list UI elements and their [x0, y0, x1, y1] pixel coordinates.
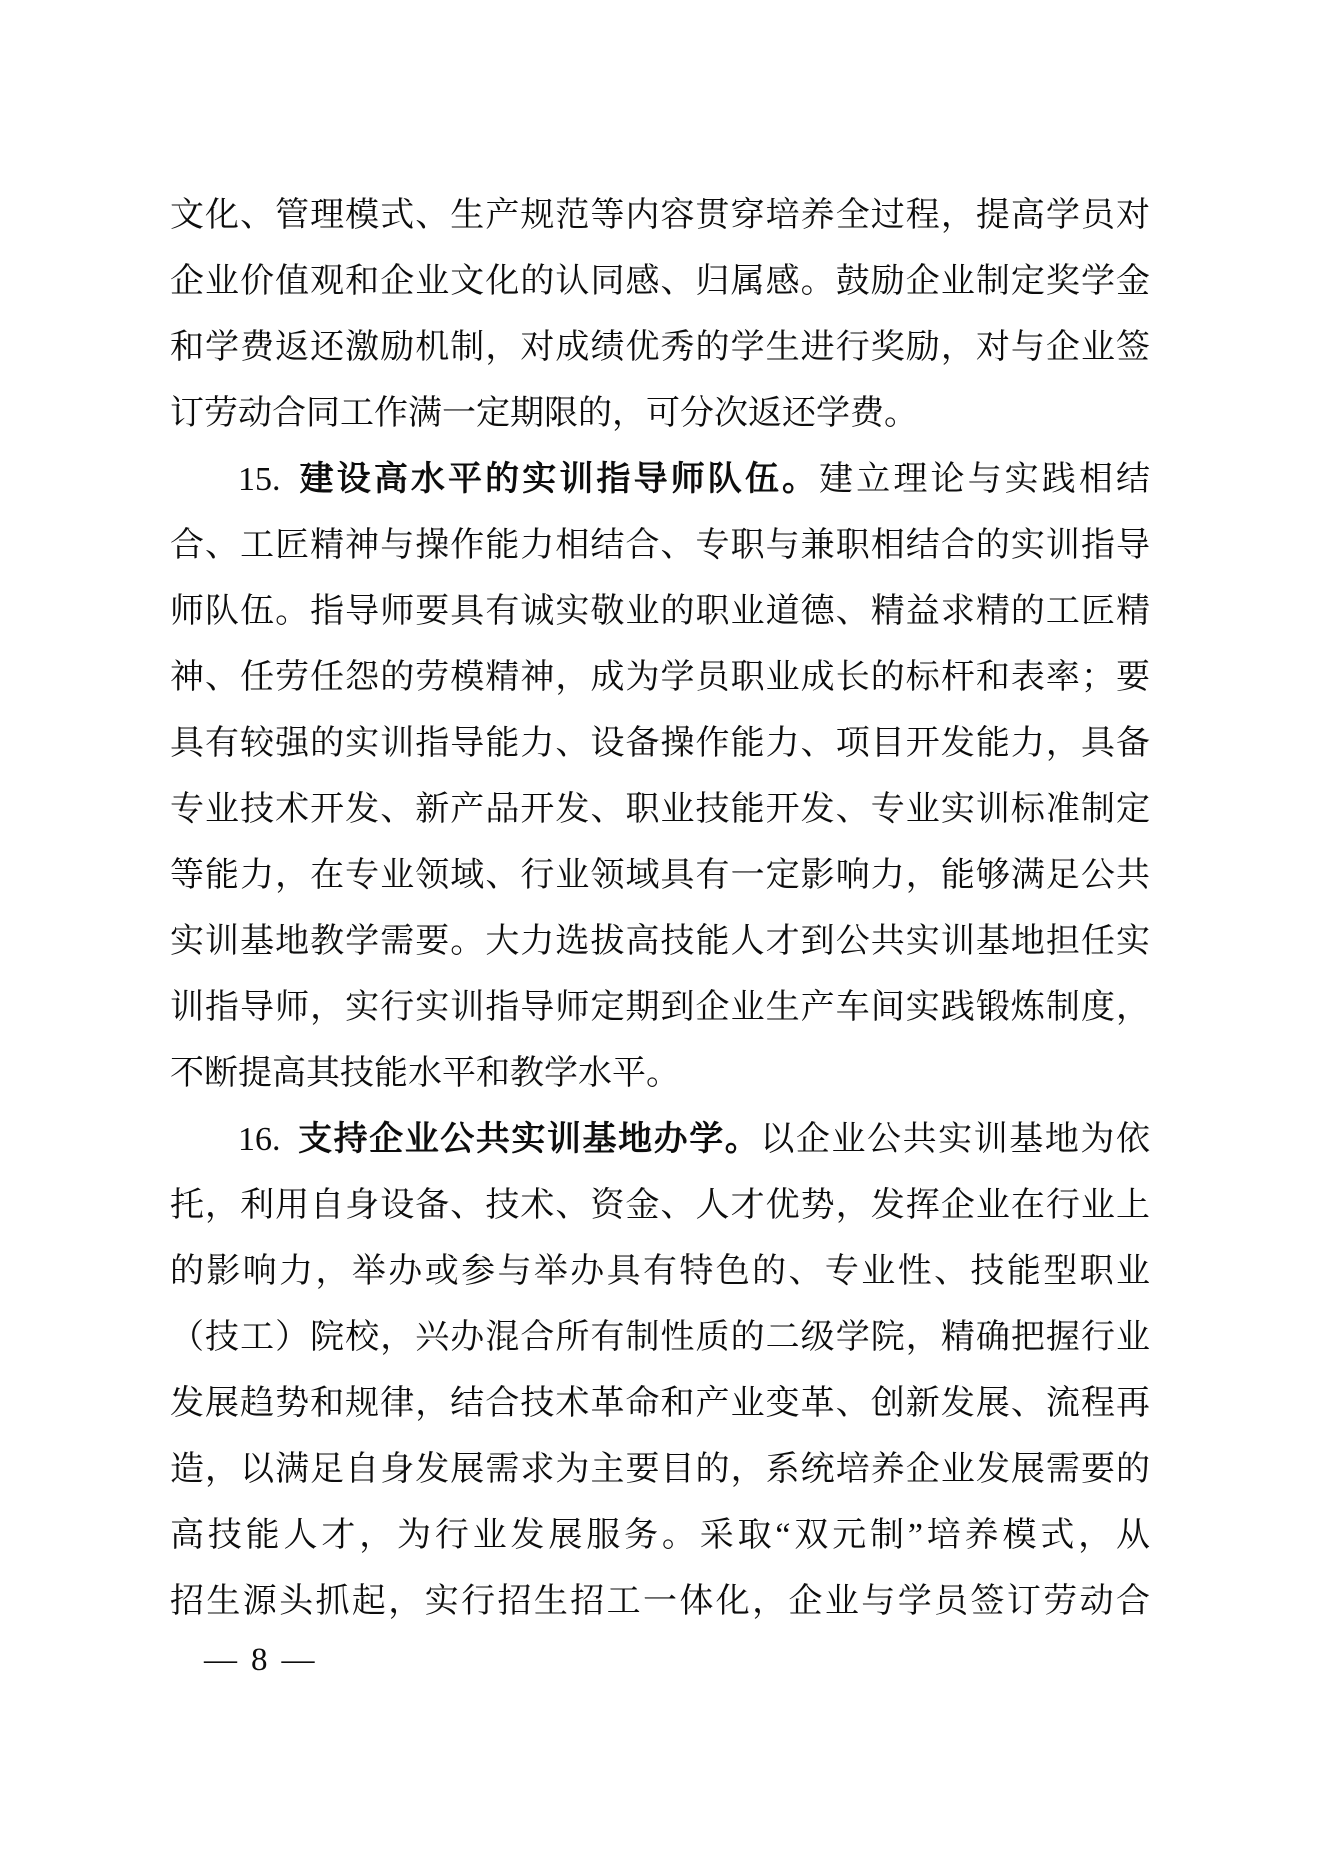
- body-text: 企业价值观和企业文化的认同感、归属感。鼓励企业制定奖学金: [170, 263, 1150, 300]
- text-line: 文化、管理模式、生产规范等内容贯穿培养全过程，提高学员对: [170, 183, 1150, 249]
- body-text: 招生源头抓起，实行招生招工一体化，企业与学员签订劳动合: [170, 1583, 1150, 1620]
- body-text: 实训基地教学需要。大力选拔高技能人才到公共实训基地担任实: [170, 923, 1150, 960]
- body-text: 造，以满足自身发展需求为主要目的，系统培养企业发展需要的: [170, 1451, 1150, 1488]
- item-heading: 建设高水平的实训指导师队伍。: [297, 461, 820, 498]
- text-line: 师队伍。指导师要具有诚实敬业的职业道德、精益求精的工匠精: [170, 579, 1150, 645]
- body-text: 不断提高其技能水平和教学水平。: [170, 1055, 680, 1092]
- item-number: 15.: [238, 461, 281, 498]
- text-line: 16.支持企业公共实训基地办学。以企业公共实训基地为依: [170, 1107, 1150, 1173]
- text-line: 招生源头抓起，实行招生招工一体化，企业与学员签订劳动合: [170, 1569, 1150, 1635]
- item-heading: 支持企业公共实训基地办学。: [297, 1121, 761, 1158]
- text-line: 造，以满足自身发展需求为主要目的，系统培养企业发展需要的: [170, 1437, 1150, 1503]
- text-line: 15.建设高水平的实训指导师队伍。建立理论与实践相结: [170, 447, 1150, 513]
- text-line: 发展趋势和规律，结合技术革命和产业变革、创新发展、流程再: [170, 1371, 1150, 1437]
- footer-dash-left: —: [204, 1642, 237, 1678]
- text-line: （技工）院校，兴办混合所有制性质的二级学院，精确把握行业: [170, 1305, 1150, 1371]
- body-text: 托，利用自身设备、技术、资金、人才优势，发挥企业在行业上: [170, 1187, 1150, 1224]
- body-text: 建立理论与实践相结: [819, 461, 1150, 498]
- body-text: 专业技术开发、新产品开发、职业技能开发、专业实训标准制定: [170, 791, 1150, 828]
- body-text: 发展趋势和规律，结合技术革命和产业变革、创新发展、流程再: [170, 1385, 1150, 1422]
- text-line: 托，利用自身设备、技术、资金、人才优势，发挥企业在行业上: [170, 1173, 1150, 1239]
- body-text: 等能力，在专业领域、行业领域具有一定影响力，能够满足公共: [170, 857, 1150, 894]
- body-text: 师队伍。指导师要具有诚实敬业的职业道德、精益求精的工匠精: [170, 593, 1150, 630]
- body-text: 合、工匠精神与操作能力相结合、专职与兼职相结合的实训指导: [170, 527, 1150, 564]
- body-text: 神、任劳任怨的劳模精神，成为学员职业成长的标杆和表率；要: [170, 659, 1150, 696]
- body-text: 训指导师，实行实训指导师定期到企业生产车间实践锻炼制度，: [170, 989, 1150, 1026]
- body-text: 高技能人才，为行业发展服务。采取“双元制”培养模式，从: [170, 1517, 1150, 1554]
- text-line: 神、任劳任怨的劳模精神，成为学员职业成长的标杆和表率；要: [170, 645, 1150, 711]
- document-page: 文化、管理模式、生产规范等内容贯穿培养全过程，提高学员对企业价值观和企业文化的认…: [0, 0, 1323, 1871]
- text-line: 的影响力，举办或参与举办具有特色的、专业性、技能型职业: [170, 1239, 1150, 1305]
- text-line: 等能力，在专业领域、行业领域具有一定影响力，能够满足公共: [170, 843, 1150, 909]
- body-text: 以企业公共实训基地为依: [760, 1121, 1150, 1158]
- page-footer: —8—: [204, 1632, 315, 1688]
- text-line: 订劳动合同工作满一定期限的，可分次返还学费。: [170, 381, 1150, 447]
- text-line: 企业价值观和企业文化的认同感、归属感。鼓励企业制定奖学金: [170, 249, 1150, 315]
- body-text: （技工）院校，兴办混合所有制性质的二级学院，精确把握行业: [170, 1319, 1150, 1356]
- body-text: 文化、管理模式、生产规范等内容贯穿培养全过程，提高学员对: [170, 197, 1150, 234]
- text-line: 专业技术开发、新产品开发、职业技能开发、专业实训标准制定: [170, 777, 1150, 843]
- footer-dash-right: —: [282, 1642, 315, 1678]
- document-body: 文化、管理模式、生产规范等内容贯穿培养全过程，提高学员对企业价值观和企业文化的认…: [170, 183, 1150, 1635]
- body-text: 和学费返还激励机制，对成绩优秀的学生进行奖励，对与企业签: [170, 329, 1150, 366]
- text-line: 不断提高其技能水平和教学水平。: [170, 1041, 1150, 1107]
- text-line: 训指导师，实行实训指导师定期到企业生产车间实践锻炼制度，: [170, 975, 1150, 1041]
- body-text: 订劳动合同工作满一定期限的，可分次返还学费。: [170, 395, 918, 432]
- text-line: 具有较强的实训指导能力、设备操作能力、项目开发能力，具备: [170, 711, 1150, 777]
- text-line: 合、工匠精神与操作能力相结合、专职与兼职相结合的实训指导: [170, 513, 1150, 579]
- body-text: 的影响力，举办或参与举办具有特色的、专业性、技能型职业: [170, 1253, 1150, 1290]
- item-number: 16.: [238, 1121, 281, 1158]
- footer-page-number: 8: [251, 1642, 268, 1678]
- text-line: 和学费返还激励机制，对成绩优秀的学生进行奖励，对与企业签: [170, 315, 1150, 381]
- body-text: 具有较强的实训指导能力、设备操作能力、项目开发能力，具备: [170, 725, 1150, 762]
- text-line: 高技能人才，为行业发展服务。采取“双元制”培养模式，从: [170, 1503, 1150, 1569]
- text-line: 实训基地教学需要。大力选拔高技能人才到公共实训基地担任实: [170, 909, 1150, 975]
